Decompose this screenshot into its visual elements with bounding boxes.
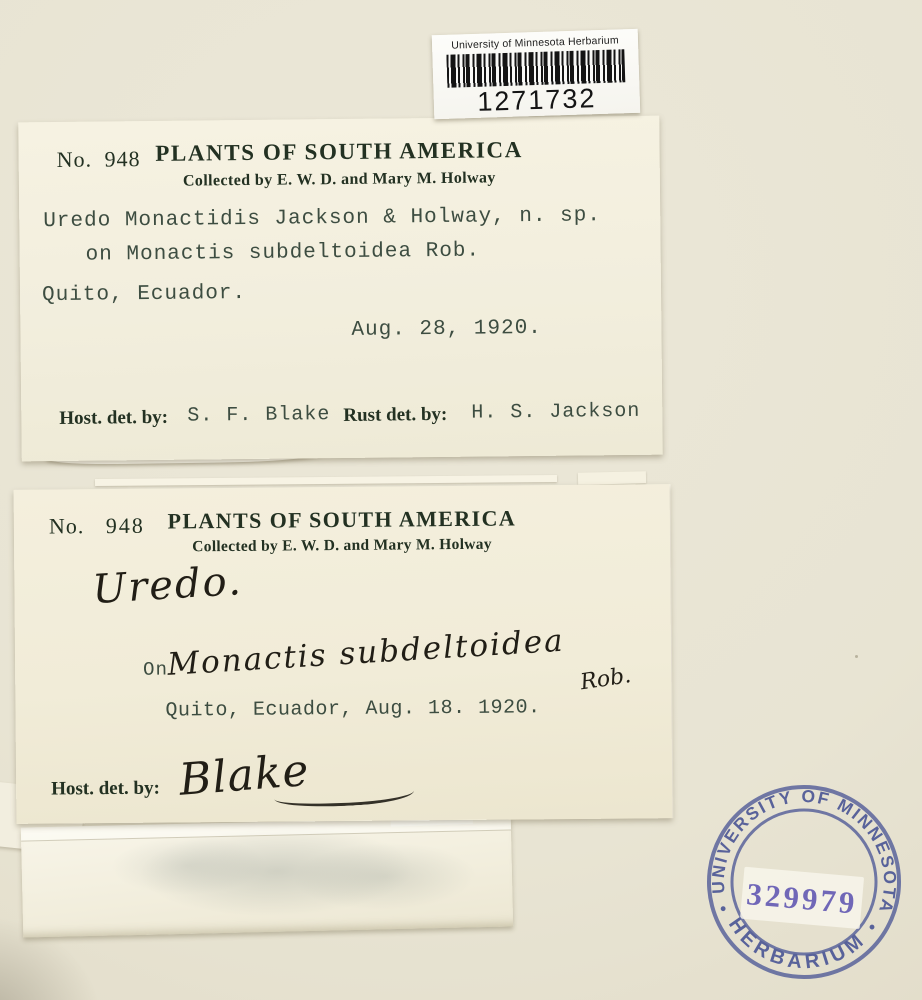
- barcode-icon: [446, 49, 625, 88]
- typed-host-line: on Monactis subdeltoidea Rob.: [86, 240, 481, 267]
- barcode-label: University of Minnesota Herbarium 127173…: [432, 29, 641, 119]
- handwritten-genus: Uredo.: [91, 558, 244, 613]
- rust-det-value: H. S. Jackson: [471, 400, 640, 425]
- stamp-right-dot-icon: •: [868, 917, 876, 937]
- handwritten-host-name: Monactis subdeltoidea: [166, 623, 565, 683]
- herbarium-stamp: UNIVERSITY OF MINNESOTA HERBARIUM • • 32…: [693, 771, 916, 994]
- barcode-number: 1271732: [433, 82, 640, 118]
- host-det-label: Host. det. by:: [59, 407, 168, 430]
- handwritten-label-title: PLANTS OF SOUTH AMERICA: [14, 504, 670, 536]
- stamp-left-dot-icon: •: [719, 899, 727, 919]
- host-det-value: S. F. Blake: [187, 403, 330, 427]
- typed-species-line: Uredo Monactidis Jackson & Holway, n. sp…: [43, 204, 601, 233]
- typed-on-label: On: [143, 659, 168, 681]
- rust-det-label: Rust det. by:: [343, 404, 447, 427]
- dust-speck: [855, 655, 858, 658]
- typed-locality-line: Quito, Ecuador.: [42, 282, 246, 307]
- host-det-label: Host. det. by:: [51, 778, 160, 801]
- stacked-sheet-edge: [95, 475, 557, 486]
- handwritten-host-author: Rob.: [579, 663, 633, 695]
- glassine-packet: [21, 816, 513, 937]
- barcode-institution-text: University of Minnesota Herbarium: [432, 29, 638, 52]
- typed-label-card: No. 948 PLANTS OF SOUTH AMERICA Collecte…: [18, 116, 663, 462]
- stacked-sheet-edge: [578, 471, 646, 484]
- typed-locality-date-line: Quito, Ecuador, Aug. 18. 1920.: [165, 696, 540, 722]
- typed-label-title: PLANTS OF SOUTH AMERICA: [18, 136, 659, 169]
- herbarium-specimen-photo: University of Minnesota Herbarium 127173…: [0, 0, 922, 1000]
- handwritten-label-card: No. 948 PLANTS OF SOUTH AMERICA Collecte…: [14, 484, 673, 824]
- typed-date-line: Aug. 28, 1920.: [351, 317, 542, 342]
